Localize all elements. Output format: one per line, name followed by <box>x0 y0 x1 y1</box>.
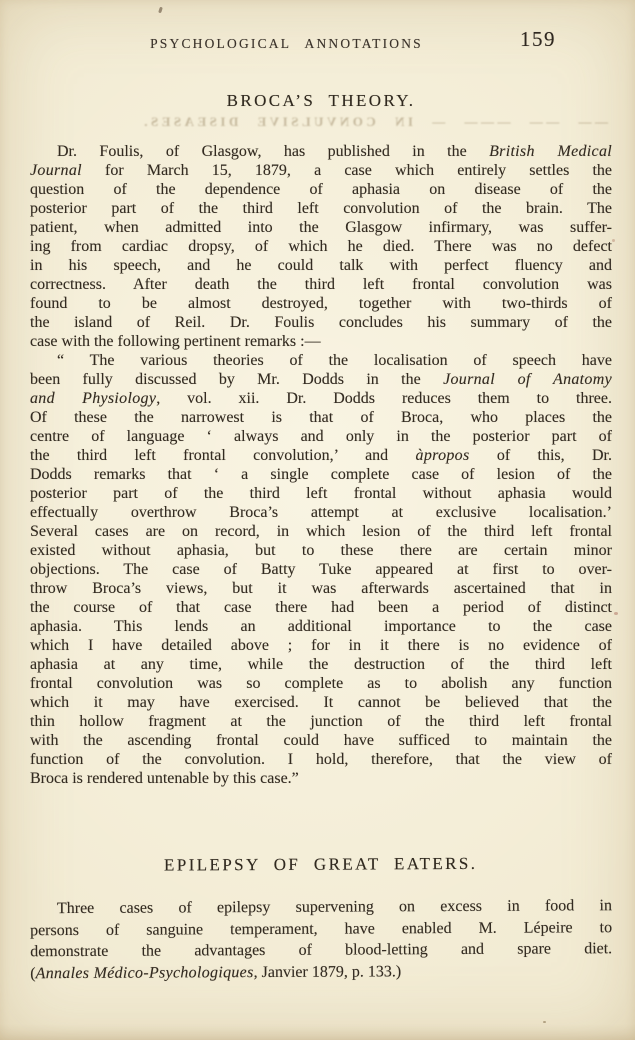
text-line: thin hollow fragment at the junction of … <box>30 712 612 731</box>
text-line: Of these the narrowest is that of Broca,… <box>30 408 612 427</box>
text-line: Three cases of epilepsy supervening on e… <box>30 895 612 920</box>
text-line: which I have detailed above ; for in it … <box>30 636 612 655</box>
ink-speck <box>612 239 615 242</box>
paragraph: “ The various theories of the localisati… <box>30 351 612 788</box>
text-line: the third left frontal convolution,’ and… <box>30 446 612 465</box>
text-line: in his speech, and he could talk with pe… <box>30 256 612 275</box>
text-line: Broca is rendered untenable by this case… <box>30 769 612 788</box>
text-line: Dr. Foulis, of Glasgow, has published in… <box>30 142 612 161</box>
text-line: objections. The case of Batty Tuke appea… <box>30 560 612 579</box>
text-line: case with the following pertinent remark… <box>30 332 612 351</box>
text-line: correctness. After death the third left … <box>30 275 612 294</box>
section-heading: EPILEPSY OF GREAT EATERS. <box>30 853 612 876</box>
section: EPILEPSY OF GREAT EATERS.Three cases of … <box>30 853 613 984</box>
text-line: existed without aphasia, but to these th… <box>30 541 612 560</box>
text-line: “ The various theories of the localisati… <box>30 351 612 370</box>
text-line: centre of language ‘ always and only in … <box>30 427 612 446</box>
text-line: (Annales Médico-Psychologiques, Janvier … <box>30 960 612 985</box>
text-line: demonstrate the advantages of blood-lett… <box>30 938 612 963</box>
text-line: which it may have exercised. It cannot b… <box>30 693 612 712</box>
page-content: BROCA’S THEORY.Dr. Foulis, of Glasgow, h… <box>30 0 612 983</box>
text-line: the island of Reil. Dr. Foulis concludes… <box>30 313 612 332</box>
text-line: been fully discussed by Mr. Dodds in the… <box>30 370 612 389</box>
text-line: throw Broca’s views, but it was afterwar… <box>30 579 612 598</box>
text-line: question of the dependence of aphasia on… <box>30 180 612 199</box>
text-line: Dodds remarks that ‘ a single complete c… <box>30 465 612 484</box>
text-line: Several cases are on record, in which le… <box>30 522 612 541</box>
book-page: PSYCHOLOGICAL ANNOTATIONS 159 —— —— ——— … <box>0 0 635 1040</box>
ink-speck <box>543 1021 546 1023</box>
text-line: aphasia at any time, while the destructi… <box>30 655 612 674</box>
paragraph: Dr. Foulis, of Glasgow, has published in… <box>30 142 612 351</box>
text-line: and Physiology, vol. xii. Dr. Dodds redu… <box>30 389 612 408</box>
section-heading: BROCA’S THEORY. <box>30 91 612 111</box>
text-line: frontal convolution was so complete as t… <box>30 674 612 693</box>
text-line: patient, when admitted into the Glasgow … <box>30 218 612 237</box>
text-line: ing from cardiac dropsy, of which he die… <box>30 237 612 256</box>
text-line: found to be almost destroyed, together w… <box>30 294 612 313</box>
text-line: posterior part of the third left frontal… <box>30 484 612 503</box>
text-line: aphasia. This lends an additional import… <box>30 617 612 636</box>
text-line: effectually overthrow Broca’s attempt at… <box>30 503 612 522</box>
text-line: persons of sanguine temperament, have en… <box>30 917 612 942</box>
text-line: posterior part of the third left convolu… <box>30 199 612 218</box>
ink-speck <box>614 612 618 615</box>
text-line: Journal for March 15, 1879, a case which… <box>30 161 612 180</box>
text-line: function of the convolution. I hold, the… <box>30 750 612 769</box>
text-line: the course of that case there had been a… <box>30 598 612 617</box>
section: BROCA’S THEORY.Dr. Foulis, of Glasgow, h… <box>30 91 612 788</box>
text-line: with the ascending frontal could have su… <box>30 731 612 750</box>
paragraph: Three cases of epilepsy supervening on e… <box>30 895 612 984</box>
